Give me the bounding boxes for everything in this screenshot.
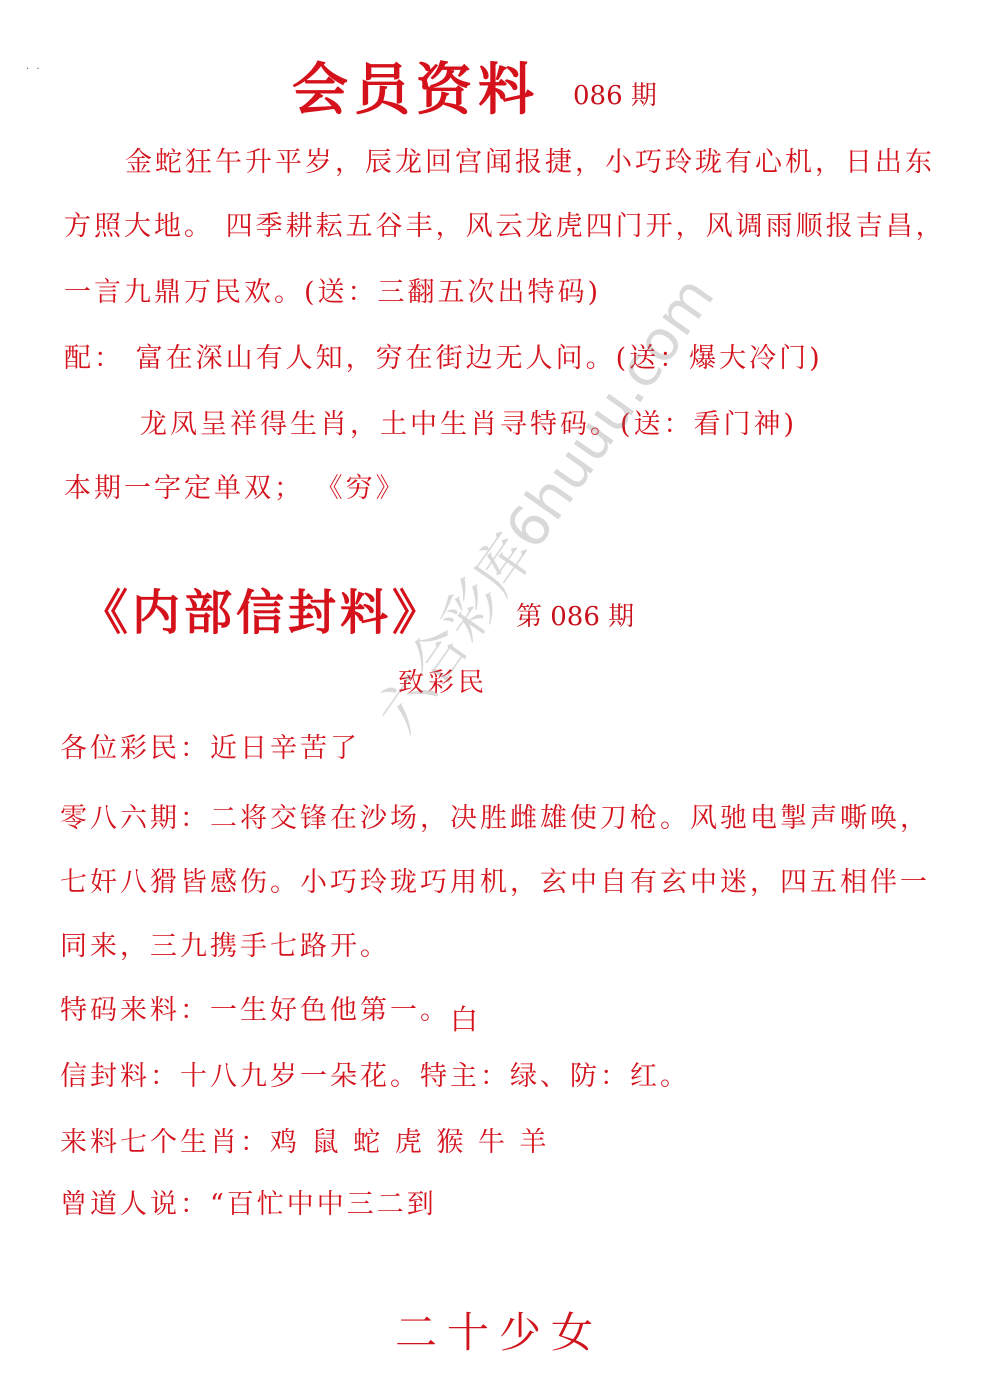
envelope-material-line: 信封料：十八九岁一朵花。特主：绿、防：红。: [60, 1054, 690, 1093]
envelope-section-title: 《内部信封料》: [80, 574, 444, 643]
member-line-5: 龙凤呈祥得生肖，土中生肖寻特码。(送：看门神): [140, 402, 797, 441]
member-line-1: 金蛇狂午升平岁，辰龙回宫闻报捷，小巧玲珑有心机，日出东: [125, 140, 935, 179]
zodiac-line: 来料七个生肖：鸡 鼠 蛇 虎 猴 牛 羊: [60, 1120, 550, 1159]
corner-marks: · ·: [26, 64, 42, 75]
envelope-poem-line-2: 七奸八猾皆感伤。小巧玲珑巧用机，玄中自有玄中迷，四五相伴一: [60, 860, 930, 899]
envelope-section-issue: 第 086 期: [516, 596, 634, 633]
zeng-daoren-line: 曾道人说：“百忙中中三二到: [60, 1182, 437, 1221]
special-code-line: 特码来料：一生好色他第一。: [60, 988, 450, 1027]
member-line-2: 方照大地。 四季耕耘五谷丰，风云龙虎四门开，风调雨顺报吉昌，: [64, 204, 946, 243]
stray-character: 白: [450, 998, 478, 1038]
envelope-greeting: 各位彩民：近日辛苦了: [60, 726, 360, 765]
member-line-pei: 配： 富在深山有人知，穷在街边无人问。(送：爆大冷门): [64, 336, 823, 375]
member-line-single-double: 本期一字定单双； 《穷》: [64, 466, 406, 505]
member-section-issue: 086 期: [573, 75, 657, 112]
envelope-poem-line-1: 零八六期：二将交锋在沙场，决胜雌雄使刀枪。风驰电掣声嘶唤，: [60, 796, 930, 835]
envelope-subtitle: 致彩民: [398, 662, 488, 699]
member-section-title: 会员资料: [292, 46, 540, 126]
footer-title: 二十少女: [395, 1300, 603, 1360]
envelope-poem-line-3: 同来，三九携手七路开。: [60, 924, 390, 963]
member-line-3: 一言九鼎万民欢。(送：三翻五次出特码): [64, 270, 601, 309]
